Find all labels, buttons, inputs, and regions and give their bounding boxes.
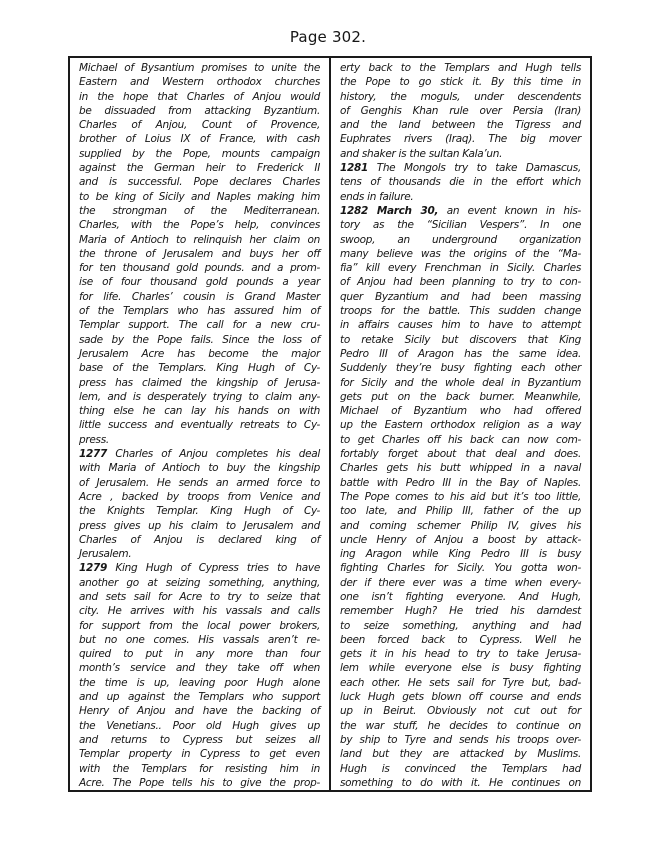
page-number: Page 302. <box>0 28 656 46</box>
line-text: Eastern and Western orthodox churches <box>79 76 320 88</box>
line-text: tory as the “Sicilian Vespers”. In one <box>340 219 581 231</box>
line-text: the time is up, leaving poor Hugh alone <box>79 677 320 689</box>
line-text: Hugh is convinced the Templars had <box>340 763 581 775</box>
line-text: gets it in his head to try to take Jerus… <box>340 648 581 660</box>
text-line: tens of thousands die in the effort whic… <box>340 175 581 189</box>
line-text: with the Templars for resisting him in <box>79 763 320 775</box>
text-line: to get Charles off his back can now com- <box>340 433 581 447</box>
text-line: one isn’t fighting everyone. And Hugh, <box>340 590 581 604</box>
line-text: Henry of Anjou and have the backing of <box>79 705 320 717</box>
text-line: Suddenly they’re busy fighting each othe… <box>340 361 581 375</box>
line-text: Jerusalem. <box>79 548 131 560</box>
line-text: an event known in his- <box>438 205 581 217</box>
text-line: thing else he can lay his hands on with <box>79 404 320 418</box>
text-line: but no one comes. His vassals aren’t re- <box>79 633 320 647</box>
line-text: ise of four thousand gold pounds a year <box>79 276 320 288</box>
line-text: and the land between the Tigress and <box>340 119 581 131</box>
line-text: the Knights Templar. King Hugh of Cy- <box>79 505 320 517</box>
text-line: the war stuff, he decides to continue on <box>340 719 581 733</box>
line-text: press has claimed the kingship of Jerusa… <box>79 377 320 389</box>
text-line: sade by the Pope fails. Since the loss o… <box>79 333 320 347</box>
text-column-right: erty back to the Templars and Hugh tells… <box>329 58 590 790</box>
line-text: quired to put in any more than four <box>79 648 320 660</box>
line-text: and is successful. Pope declares Charles <box>79 176 320 188</box>
text-line: the time is up, leaving poor Hugh alone <box>79 676 320 690</box>
line-text: Acre , backed by troops from Venice and <box>79 491 320 503</box>
text-line: Pedro III of Aragon has the same idea. <box>340 347 581 361</box>
text-line: be dissuaded from attacking Byzantium. <box>79 104 320 118</box>
line-text: history, the moguls, under descendents <box>340 91 581 103</box>
text-line: fortably forget about that deal and does… <box>340 447 581 461</box>
line-text: by ship to Tyre and sends his troops ove… <box>340 734 581 746</box>
line-text: in the hope that Charles of Anjou would <box>79 91 320 103</box>
line-text: too late, and Philip III, father of the … <box>340 505 581 517</box>
line-text: the Pope to go stick it. By this time in <box>340 76 581 88</box>
text-line: Jerusalem Acre has become the major <box>79 347 320 361</box>
text-line: Acre , backed by troops from Venice and <box>79 490 320 504</box>
line-text: gets put on the back burner. Meanwhile, <box>340 391 581 403</box>
line-text: fia” kill every Frenchman in Sicily. Cha… <box>340 262 581 274</box>
line-text: Templar property in Cypress to get even <box>79 748 320 760</box>
line-text: many believe was the origins of the “Ma- <box>340 248 581 260</box>
line-text: for life. Charles’ cousin is Grand Maste… <box>79 291 320 303</box>
text-line: of Genghis Khan rule over Persia (Iran) <box>340 104 581 118</box>
line-text: the throne of Jerusalem and buys her off <box>79 248 320 260</box>
text-line: been forced back to Cypress. Well he <box>340 633 581 647</box>
text-line: tory as the “Sicilian Vespers”. In one <box>340 218 581 232</box>
text-line: troops for the battle. This sudden chang… <box>340 304 581 318</box>
text-line: of Anjou had been planning to try to con… <box>340 275 581 289</box>
line-text: in affairs causes him to have to attempt <box>340 319 581 331</box>
text-line: each other. He sets sail for Tyre but, b… <box>340 676 581 690</box>
line-text: Suddenly they’re busy fighting each othe… <box>340 362 581 374</box>
line-text: of the Templars who has assured him of <box>79 305 320 317</box>
text-line: and shaker is the sultan Kala’un. <box>340 147 581 161</box>
text-line: gets put on the back burner. Meanwhile, <box>340 390 581 404</box>
line-text: base of the Templars. King Hugh of Cy- <box>79 362 320 374</box>
text-line: against the German heir to Frederick II <box>79 161 320 175</box>
line-text: the strongman of the Mediterranean. <box>79 205 320 217</box>
line-text: another go at seizing something, anythin… <box>79 577 320 589</box>
text-line: Hugh is convinced the Templars had <box>340 762 581 776</box>
text-line: the Venetians.. Poor old Hugh gives up <box>79 719 320 733</box>
line-text: sade by the Pope fails. Since the loss o… <box>79 334 320 346</box>
line-text: little success and eventually retreats t… <box>79 419 320 431</box>
line-text: and up against the Templars who support <box>79 691 320 703</box>
text-line: der if there ever was a time when every- <box>340 576 581 590</box>
text-line: Charles of Anjou, Count of Provence, <box>79 118 320 132</box>
text-line: and the land between the Tigress and <box>340 118 581 132</box>
text-line: city. He arrives with his vassals and ca… <box>79 604 320 618</box>
text-line: Michael of Byzantium who had offered <box>340 404 581 418</box>
line-text: Charles, with the Pope’s help, convinces <box>79 219 320 231</box>
text-line: up the Eastern orthodox religion as a wa… <box>340 418 581 432</box>
line-text: der if there ever was a time when every- <box>340 577 581 589</box>
line-text: fortably forget about that deal and does… <box>340 448 581 460</box>
line-text: of Anjou had been planning to try to con… <box>340 276 581 288</box>
text-line: too late, and Philip III, father of the … <box>340 504 581 518</box>
text-line: 1277 Charles of Anjou completes his deal <box>79 447 320 461</box>
line-text: of Genghis Khan rule over Persia (Iran) <box>340 105 581 117</box>
line-text: ends in failure. <box>340 191 413 203</box>
line-text: King Hugh of Cypress tries to have <box>107 562 320 574</box>
text-line: for support from the local power brokers… <box>79 619 320 633</box>
text-line: for ten thousand gold pounds. and a prom… <box>79 261 320 275</box>
text-line: the Pope to go stick it. By this time in <box>340 75 581 89</box>
text-line: brother of Loius IX of France, with cash <box>79 132 320 146</box>
text-line: up in Beirut. Obviously not cut out for <box>340 704 581 718</box>
text-line: lem while everyone else is busy fighting <box>340 661 581 675</box>
line-text: troops for the battle. This sudden chang… <box>340 305 581 317</box>
text-line: many believe was the origins of the “Ma- <box>340 247 581 261</box>
text-line: for life. Charles’ cousin is Grand Maste… <box>79 290 320 304</box>
text-line: Euphrates rivers (Iraq). The big mover <box>340 132 581 146</box>
text-line: Templar property in Cypress to get even <box>79 747 320 761</box>
text-line: Michael of Bysantium promises to unite t… <box>79 61 320 75</box>
line-text: Charles of Anjou, Count of Provence, <box>79 119 320 131</box>
line-text: of Jerusalem. He sends an armed force to <box>79 477 320 489</box>
line-text: but no one comes. His vassals aren’t re- <box>79 634 320 646</box>
text-line: ing Aragon while King Pedro III is busy <box>340 547 581 561</box>
text-line: Templar support. The call for a new cru- <box>79 318 320 332</box>
line-text: to be king of Sicily and Naples making h… <box>79 191 320 203</box>
text-line: Acre. The Pope tells his to give the pro… <box>79 776 320 790</box>
text-line: 1281 The Mongols try to take Damascus, <box>340 161 581 175</box>
text-line: in affairs causes him to have to attempt <box>340 318 581 332</box>
line-text: Charles of Anjou is declared king of <box>79 534 320 546</box>
line-text: each other. He sets sail for Tyre but, b… <box>340 677 581 689</box>
text-column-left: Michael of Bysantium promises to unite t… <box>70 58 329 790</box>
line-text: ing Aragon while King Pedro III is busy <box>340 548 581 560</box>
text-line: luck Hugh gets blown off course and ends <box>340 690 581 704</box>
line-text: Pedro III of Aragon has the same idea. <box>340 348 581 360</box>
line-text: The Mongols try to take Damascus, <box>368 162 581 174</box>
text-line: by ship to Tyre and sends his troops ove… <box>340 733 581 747</box>
year-label: 1279 <box>79 562 107 574</box>
line-text: luck Hugh gets blown off course and ends <box>340 691 581 703</box>
line-text: press. <box>79 434 109 446</box>
text-line: and coming schemer Philip IV, gives his <box>340 519 581 533</box>
line-text: up the Eastern orthodox religion as a wa… <box>340 419 581 431</box>
line-text: thing else he can lay his hands on with <box>79 405 320 417</box>
line-text: battle with Pedro III in the Bay of Napl… <box>340 477 581 489</box>
text-line: Henry of Anjou and have the backing of <box>79 704 320 718</box>
text-line: for Sicily and the whole deal in Byzanti… <box>340 376 581 390</box>
article-box: Michael of Bysantium promises to unite t… <box>68 56 592 792</box>
line-text: fighting Charles for Sicily. You gotta w… <box>340 562 581 574</box>
text-line: of the Templars who has assured him of <box>79 304 320 318</box>
text-line: and is successful. Pope declares Charles <box>79 175 320 189</box>
line-text: with Maria of Antioch to buy the kingshi… <box>79 462 320 474</box>
line-text: month’s service and they take off when <box>79 662 320 674</box>
text-line: ends in failure. <box>340 190 581 204</box>
text-line: and sets sail for Acre to try to seize t… <box>79 590 320 604</box>
line-text: lem while everyone else is busy fighting <box>340 662 581 674</box>
line-text: erty back to the Templars and Hugh tells <box>340 62 581 74</box>
line-text: to retake Sicily but discovers that King <box>340 334 581 346</box>
line-text: up in Beirut. Obviously not cut out for <box>340 705 581 717</box>
line-text: for ten thousand gold pounds. and a prom… <box>79 262 320 274</box>
line-text: city. He arrives with his vassals and ca… <box>79 605 320 617</box>
text-line: press gives up his claim to Jerusalem an… <box>79 519 320 533</box>
text-line: and returns to Cypress but seizes all <box>79 733 320 747</box>
text-line: 1282 March 30, an event known in his- <box>340 204 581 218</box>
text-line: Charles of Anjou is declared king of <box>79 533 320 547</box>
text-line: press. <box>79 433 320 447</box>
text-line: remember Hugh? He tried his darndest <box>340 604 581 618</box>
line-text: brother of Loius IX of France, with cash <box>79 133 320 145</box>
text-line: uncle Henry of Anjou a boost by attack- <box>340 533 581 547</box>
text-line: lem, and is desperately trying to claim … <box>79 390 320 404</box>
line-text: against the German heir to Frederick II <box>79 162 320 174</box>
line-text: Charles gets his butt whipped in a naval <box>340 462 581 474</box>
line-text: Charles of Anjou completes his deal <box>107 448 320 460</box>
text-line: supplied by the Pope, mounts campaign <box>79 147 320 161</box>
year-label: 1277 <box>79 448 107 460</box>
text-line: ise of four thousand gold pounds a year <box>79 275 320 289</box>
line-text: Acre. The Pope tells his to give the pro… <box>79 777 320 789</box>
text-line: 1279 King Hugh of Cypress tries to have <box>79 561 320 575</box>
text-line: fia” kill every Frenchman in Sicily. Cha… <box>340 261 581 275</box>
line-text: Euphrates rivers (Iraq). The big mover <box>340 133 581 145</box>
text-line: to retake Sicily but discovers that King <box>340 333 581 347</box>
text-line: gets it in his head to try to take Jerus… <box>340 647 581 661</box>
text-line: Charles gets his butt whipped in a naval <box>340 461 581 475</box>
text-line: in the hope that Charles of Anjou would <box>79 90 320 104</box>
line-text: supplied by the Pope, mounts campaign <box>79 148 320 160</box>
text-line: the Knights Templar. King Hugh of Cy- <box>79 504 320 518</box>
line-text: remember Hugh? He tried his darndest <box>340 605 581 617</box>
line-text: one isn’t fighting everyone. And Hugh, <box>340 591 581 603</box>
text-line: month’s service and they take off when <box>79 661 320 675</box>
line-text: Michael of Bysantium promises to unite t… <box>79 62 320 74</box>
text-line: base of the Templars. King Hugh of Cy- <box>79 361 320 375</box>
line-text: press gives up his claim to Jerusalem an… <box>79 520 320 532</box>
text-line: quer Byzantium and had been massing <box>340 290 581 304</box>
line-text: the war stuff, he decides to continue on <box>340 720 581 732</box>
text-line: The Pope comes to his aid but it’s too l… <box>340 490 581 504</box>
text-line: to seize something, anything and had <box>340 619 581 633</box>
line-text: Templar support. The call for a new cru- <box>79 319 320 331</box>
line-text: for support from the local power brokers… <box>79 620 320 632</box>
text-line: fighting Charles for Sicily. You gotta w… <box>340 561 581 575</box>
line-text: for Sicily and the whole deal in Byzanti… <box>340 377 581 389</box>
line-text: swoop, an underground organization <box>340 234 581 246</box>
text-line: Charles, with the Pope’s help, convinces <box>79 218 320 232</box>
text-line: with the Templars for resisting him in <box>79 762 320 776</box>
text-line: press has claimed the kingship of Jerusa… <box>79 376 320 390</box>
line-text: The Pope comes to his aid but it’s too l… <box>340 491 581 503</box>
line-text: to get Charles off his back can now com- <box>340 434 581 446</box>
text-line: Eastern and Western orthodox churches <box>79 75 320 89</box>
line-text: be dissuaded from attacking Byzantium. <box>79 105 320 117</box>
line-text: to seize something, anything and had <box>340 620 581 632</box>
line-text: something to do with it. He continues on <box>340 777 581 789</box>
line-text: and returns to Cypress but seizes all <box>79 734 320 746</box>
line-text: been forced back to Cypress. Well he <box>340 634 581 646</box>
line-text: and sets sail for Acre to try to seize t… <box>79 591 320 603</box>
line-text: the Venetians.. Poor old Hugh gives up <box>79 720 320 732</box>
text-line: battle with Pedro III in the Bay of Napl… <box>340 476 581 490</box>
year-label: 1282 March 30, <box>340 205 438 217</box>
text-line: of Jerusalem. He sends an armed force to <box>79 476 320 490</box>
text-line: little success and eventually retreats t… <box>79 418 320 432</box>
text-line: Maria of Antioch to relinquish her claim… <box>79 233 320 247</box>
line-text: Jerusalem Acre has become the major <box>79 348 320 360</box>
line-text: quer Byzantium and had been massing <box>340 291 581 303</box>
year-label: 1281 <box>340 162 368 174</box>
text-line: the strongman of the Mediterranean. <box>79 204 320 218</box>
text-line: with Maria of Antioch to buy the kingshi… <box>79 461 320 475</box>
text-line: another go at seizing something, anythin… <box>79 576 320 590</box>
text-line: and up against the Templars who support <box>79 690 320 704</box>
text-line: to be king of Sicily and Naples making h… <box>79 190 320 204</box>
line-text: uncle Henry of Anjou a boost by attack- <box>340 534 581 546</box>
line-text: and coming schemer Philip IV, gives his <box>340 520 581 532</box>
text-line: quired to put in any more than four <box>79 647 320 661</box>
text-line: something to do with it. He continues on <box>340 776 581 790</box>
text-line: Jerusalem. <box>79 547 320 561</box>
line-text: Maria of Antioch to relinquish her claim… <box>79 234 320 246</box>
text-line: the throne of Jerusalem and buys her off <box>79 247 320 261</box>
text-line: erty back to the Templars and Hugh tells <box>340 61 581 75</box>
text-line: land but they are attacked by Muslims. <box>340 747 581 761</box>
line-text: lem, and is desperately trying to claim … <box>79 391 320 403</box>
text-line: swoop, an underground organization <box>340 233 581 247</box>
line-text: tens of thousands die in the effort whic… <box>340 176 581 188</box>
line-text: Michael of Byzantium who had offered <box>340 405 581 417</box>
line-text: land but they are attacked by Muslims. <box>340 748 581 760</box>
text-line: history, the moguls, under descendents <box>340 90 581 104</box>
line-text: and shaker is the sultan Kala’un. <box>340 148 502 160</box>
